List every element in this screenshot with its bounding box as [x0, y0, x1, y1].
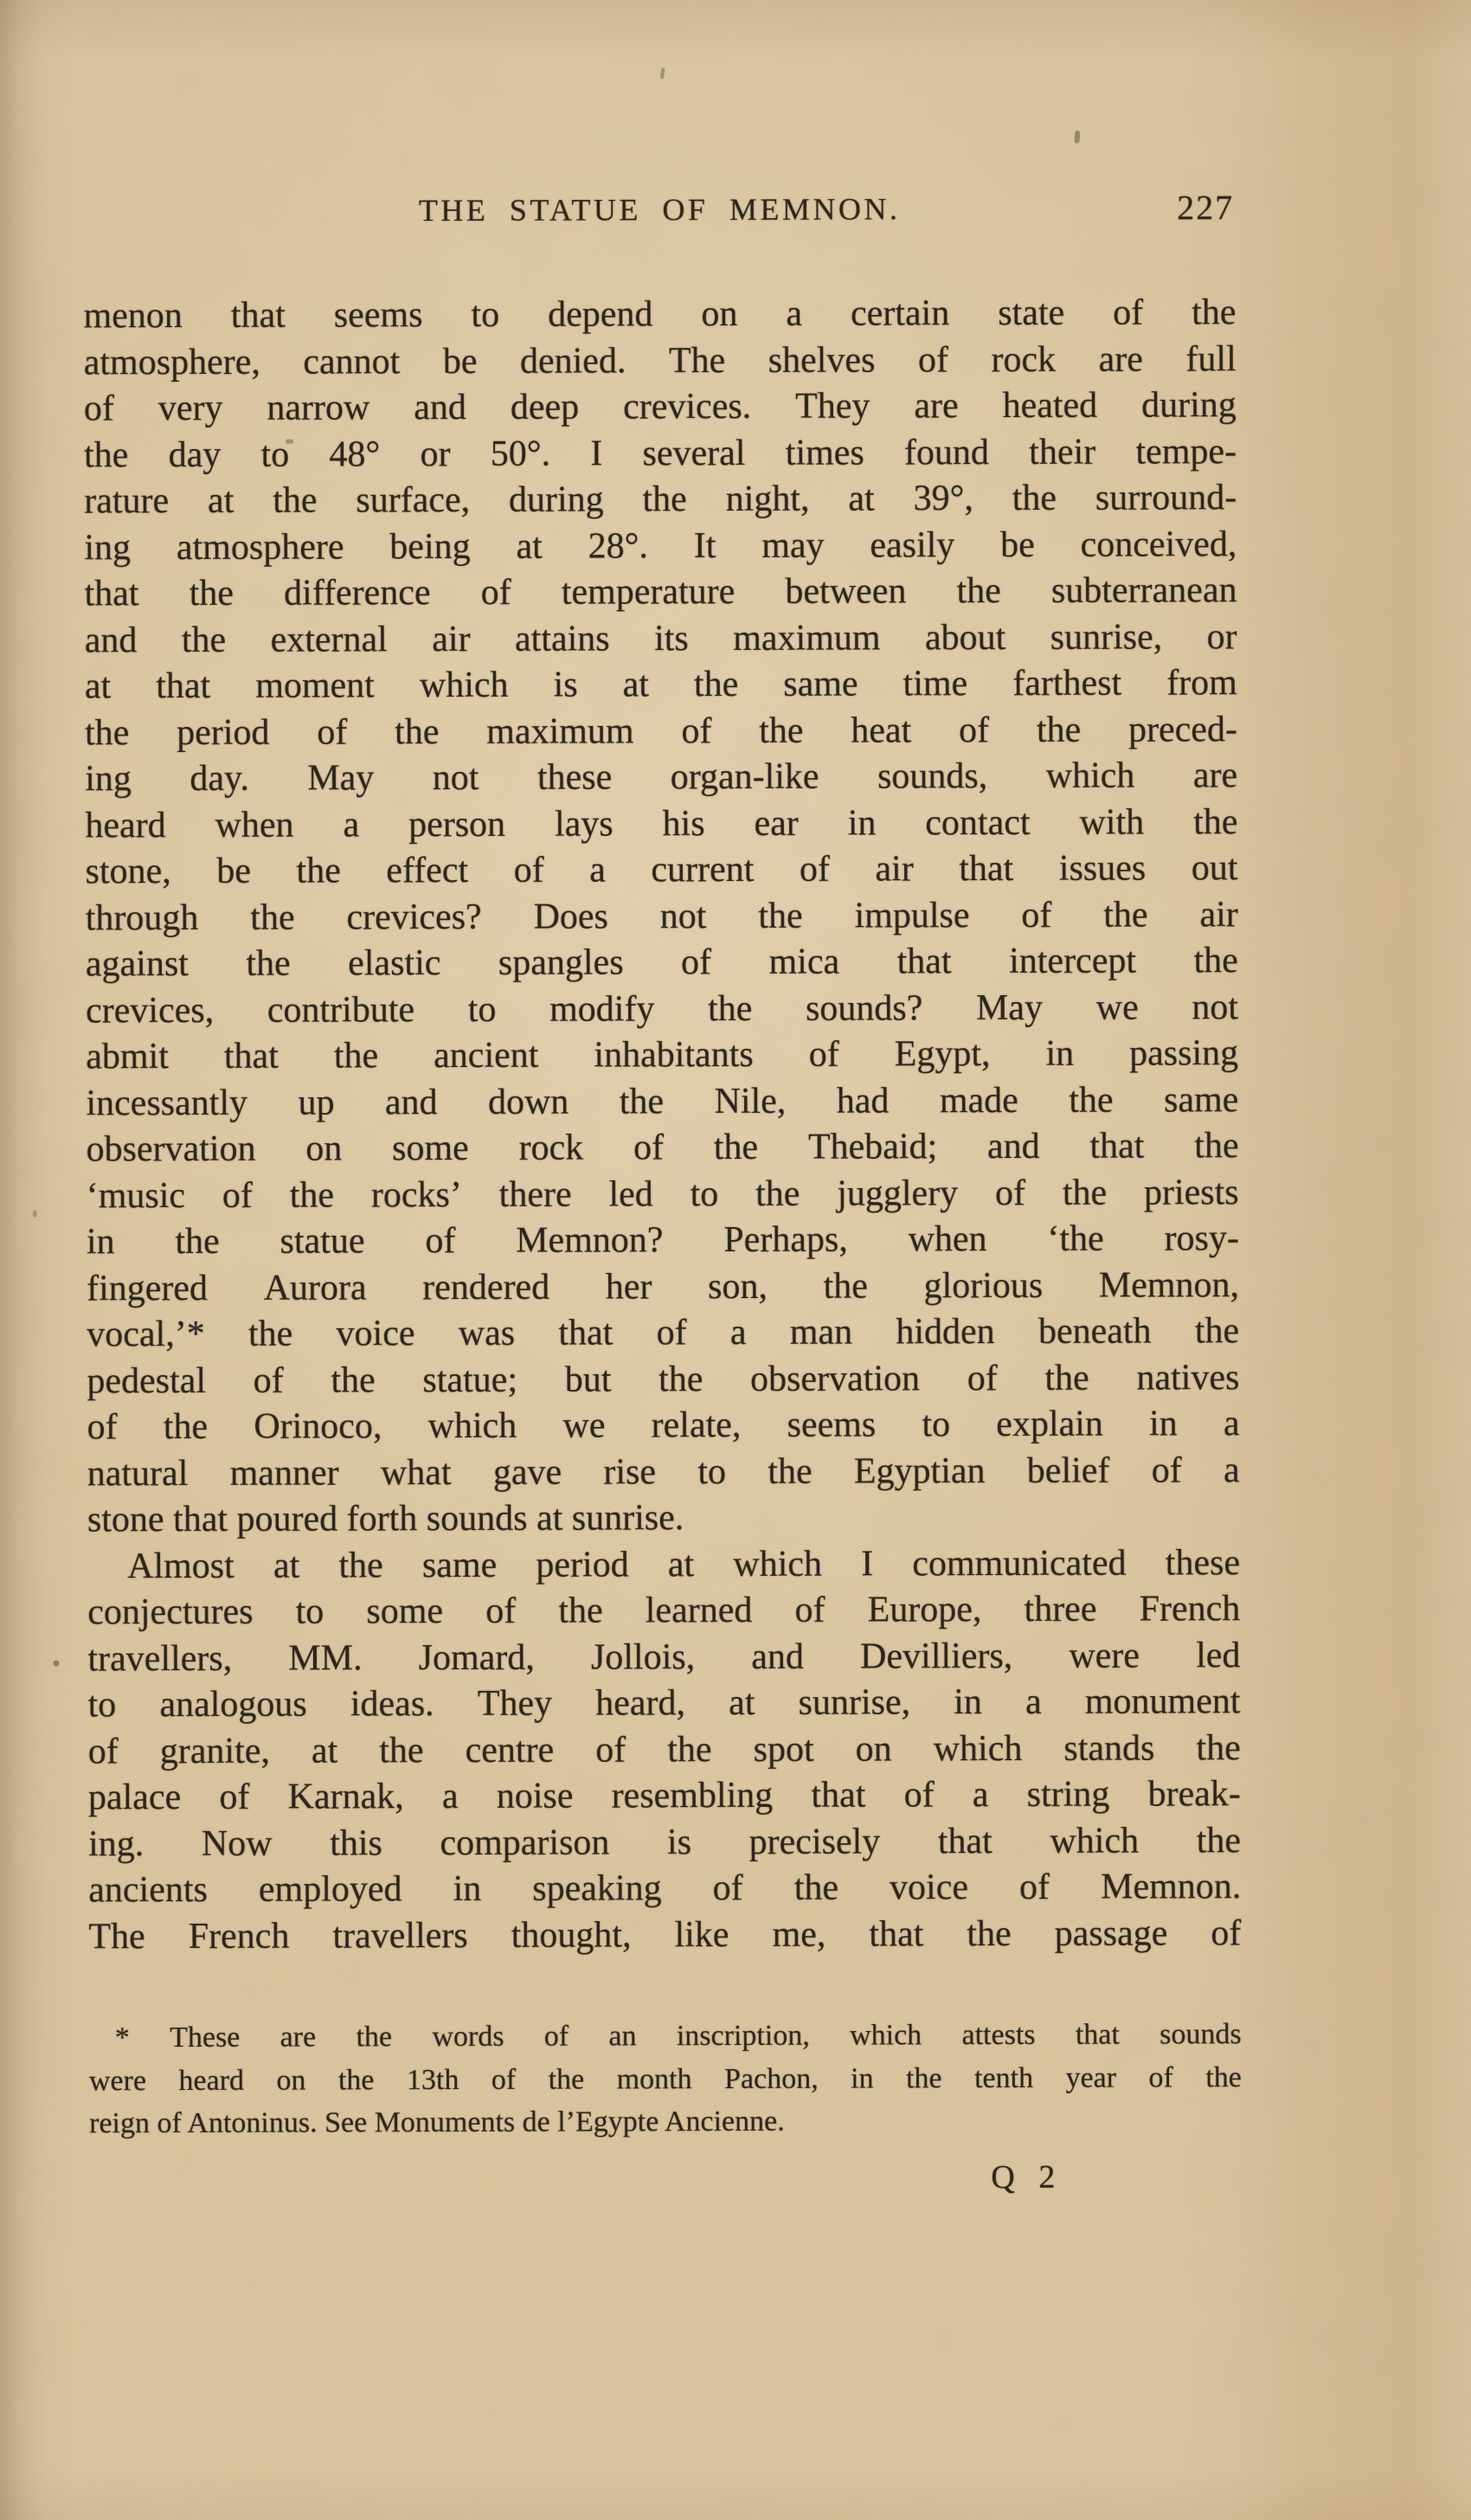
running-title: THE STATUE OF MEMNON.: [83, 189, 1236, 230]
text-line: toanalogousideas.Theyheard,atsunrise,ina…: [88, 1679, 1241, 1729]
text-line: stone that poured forth sounds at sunris…: [87, 1494, 1240, 1544]
text-line: vocal,’*thevoicewasthatofamanhiddenbenea…: [87, 1308, 1239, 1359]
text-line: inthestatueofMemnon?Perhaps,when‘therosy…: [87, 1216, 1239, 1266]
text-line: ing.Nowthiscomparisonispreciselythatwhic…: [88, 1818, 1241, 1868]
text-line: andtheexternalairattainsitsmaximumabouts…: [85, 614, 1237, 665]
text-line: travellers,MM.Jomard,Jollois,andDevillie…: [87, 1633, 1240, 1683]
text-line: ingday.Maynottheseorgan-likesounds,which…: [85, 753, 1237, 803]
text-line: againsttheelasticspanglesofmicathatinter…: [86, 938, 1238, 988]
text-line: conjecturestosomeofthelearnedofEurope,th…: [87, 1586, 1240, 1636]
text-line: AlmostatthesameperiodatwhichIcommunicate…: [87, 1540, 1240, 1591]
running-head: THE STATUE OF MEMNON. 227: [83, 189, 1236, 232]
text-line: ofverynarrowanddeepcrevices.Theyareheate…: [84, 382, 1237, 433]
scan-speck: [53, 1660, 59, 1666]
body-text: menonthatseemstodependonacertainstateoft…: [83, 290, 1241, 1960]
text-line: thatthedifferenceoftemperaturebetweenthe…: [84, 568, 1237, 618]
scan-speck: [660, 67, 665, 79]
text-line: observationonsomerockoftheThebaid;andtha…: [87, 1123, 1239, 1173]
page-number: 227: [1177, 189, 1234, 227]
text-line: crevices,contributetomodifythesounds?May…: [86, 985, 1238, 1035]
text-line: *Thesearethewordsofaninscription,whichat…: [89, 2013, 1242, 2060]
text-line: atthatmomentwhichisatthesametimefarthest…: [85, 660, 1237, 710]
text-line: wereheardonthe13thofthemonthPachon,inthe…: [89, 2056, 1242, 2103]
text-line: incessantlyupanddowntheNile,hadmadethesa…: [86, 1077, 1238, 1128]
text-line: abmitthattheancientinhabitantsofEgypt,in…: [86, 1031, 1238, 1081]
text-line: pedestalofthestatue;buttheobservationoft…: [87, 1355, 1239, 1405]
text-line: reign of Antoninus. See Monuments de l’E…: [89, 2099, 1242, 2145]
scan-speck: [1074, 131, 1080, 144]
text-line: throughthecrevices?Doesnottheimpulseofth…: [86, 892, 1238, 942]
scanned-page-content: THE STATUE OF MEMNON. 227 menonthatseems…: [0, 0, 1471, 2520]
text-line: ‘musicoftherocks’thereledtothejuggleryof…: [87, 1170, 1239, 1220]
text-line: theperiodofthemaximumoftheheatoftheprece…: [85, 707, 1237, 757]
text-line: stone,betheeffectofacurrentofairthatissu…: [86, 845, 1238, 896]
text-line: menonthatseemstodependonacertainstateoft…: [83, 290, 1236, 340]
text-line: oftheOrinoco,whichwerelate,seemstoexplai…: [87, 1401, 1240, 1451]
scan-speck: [33, 1211, 37, 1218]
signature-mark: Q 2: [991, 2157, 1063, 2197]
text-line: naturalmannerwhatgaverisetotheEgyptianbe…: [87, 1448, 1240, 1498]
text-line: thedayto48°or50°.Iseveraltimesfoundtheir…: [84, 429, 1237, 479]
text-line: ofgranite,atthecentreofthespotonwhichsta…: [88, 1726, 1241, 1776]
text-line: ratureatthesurface,duringthenight,at39°,…: [84, 475, 1237, 525]
book-page: THE STATUE OF MEMNON. 227 menonthatseems…: [0, 0, 1471, 2520]
text-line: ingatmospherebeingat28°.Itmayeasilybecon…: [84, 522, 1237, 572]
footnote-text: *Thesearethewordsofaninscription,whichat…: [89, 2013, 1242, 2145]
text-line: heardwhenapersonlayshisearincontactwitht…: [85, 800, 1237, 850]
text-line: ancientsemployedinspeakingofthevoiceofMe…: [88, 1864, 1241, 1914]
text-line: fingeredAurorarenderedherson,theglorious…: [87, 1263, 1239, 1313]
text-line: atmosphere,cannotbedenied.Theshelvesofro…: [84, 337, 1237, 387]
text-line: TheFrenchtravellersthought,likeme,thatth…: [88, 1911, 1241, 1961]
text-line: palaceofKarnak,anoiseresemblingthatofast…: [88, 1771, 1241, 1822]
